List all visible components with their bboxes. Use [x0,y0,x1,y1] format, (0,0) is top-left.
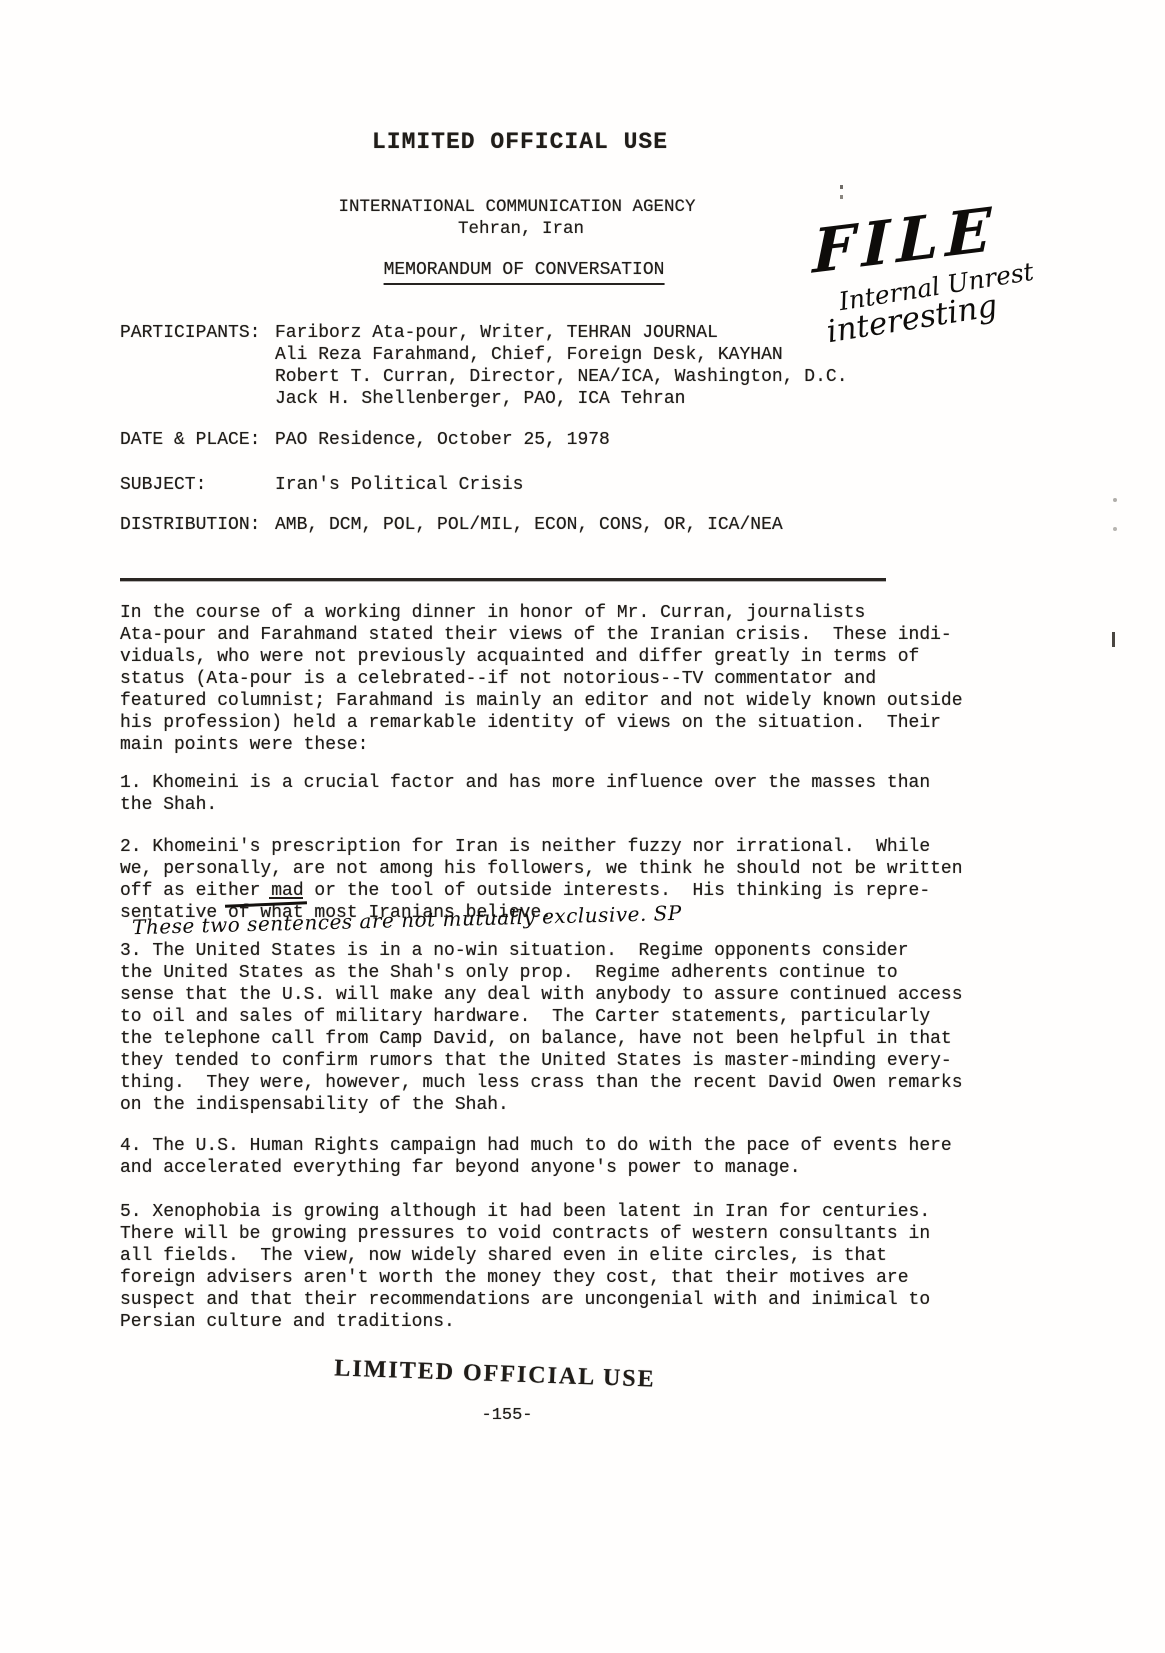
classification-footer: LIMITED OFFICIAL USE [334,1357,656,1390]
subject-label: SUBJECT: [120,474,270,496]
point-5-paragraph: 5. Xenophobia is growing although it had… [120,1201,990,1333]
divider-rule [120,578,886,581]
date-place-value: PAO Residence, October 25, 1978 [275,429,915,451]
scan-speck [1113,527,1117,531]
scan-speck [1113,498,1117,502]
point-4-paragraph: 4. The U.S. Human Rights campaign had mu… [120,1135,990,1179]
agency-location: Tehran, Iran [458,218,584,240]
scan-speck [840,185,843,189]
agency-name: INTERNATIONAL COMMUNICATION AGENCY [338,196,695,218]
document-title: MEMORANDUM OF CONVERSATION [384,259,665,285]
participants-label: PARTICIPANTS: [120,322,270,344]
memo-document-page: LIMITED OFFICIAL USE INTERNATIONAL COMMU… [0,0,1165,1653]
classification-header: LIMITED OFFICIAL USE [372,131,668,153]
intro-paragraph: In the course of a working dinner in hon… [120,602,990,756]
point-3-paragraph: 3. The United States is in a no-win situ… [120,940,990,1116]
distribution-value: AMB, DCM, POL, POL/MIL, ECON, CONS, OR, … [275,514,915,536]
date-place-label: DATE & PLACE: [120,429,270,451]
distribution-label: DISTRIBUTION: [120,514,270,536]
participants-value: Fariborz Ata-pour, Writer, TEHRAN JOURNA… [275,322,915,410]
typed-underline-mad [269,897,303,899]
subject-value: Iran's Political Crisis [275,474,915,496]
page-number: -155- [481,1405,532,1427]
point-1-paragraph: 1. Khomeini is a crucial factor and has … [120,772,990,816]
scan-speck [1112,632,1115,647]
